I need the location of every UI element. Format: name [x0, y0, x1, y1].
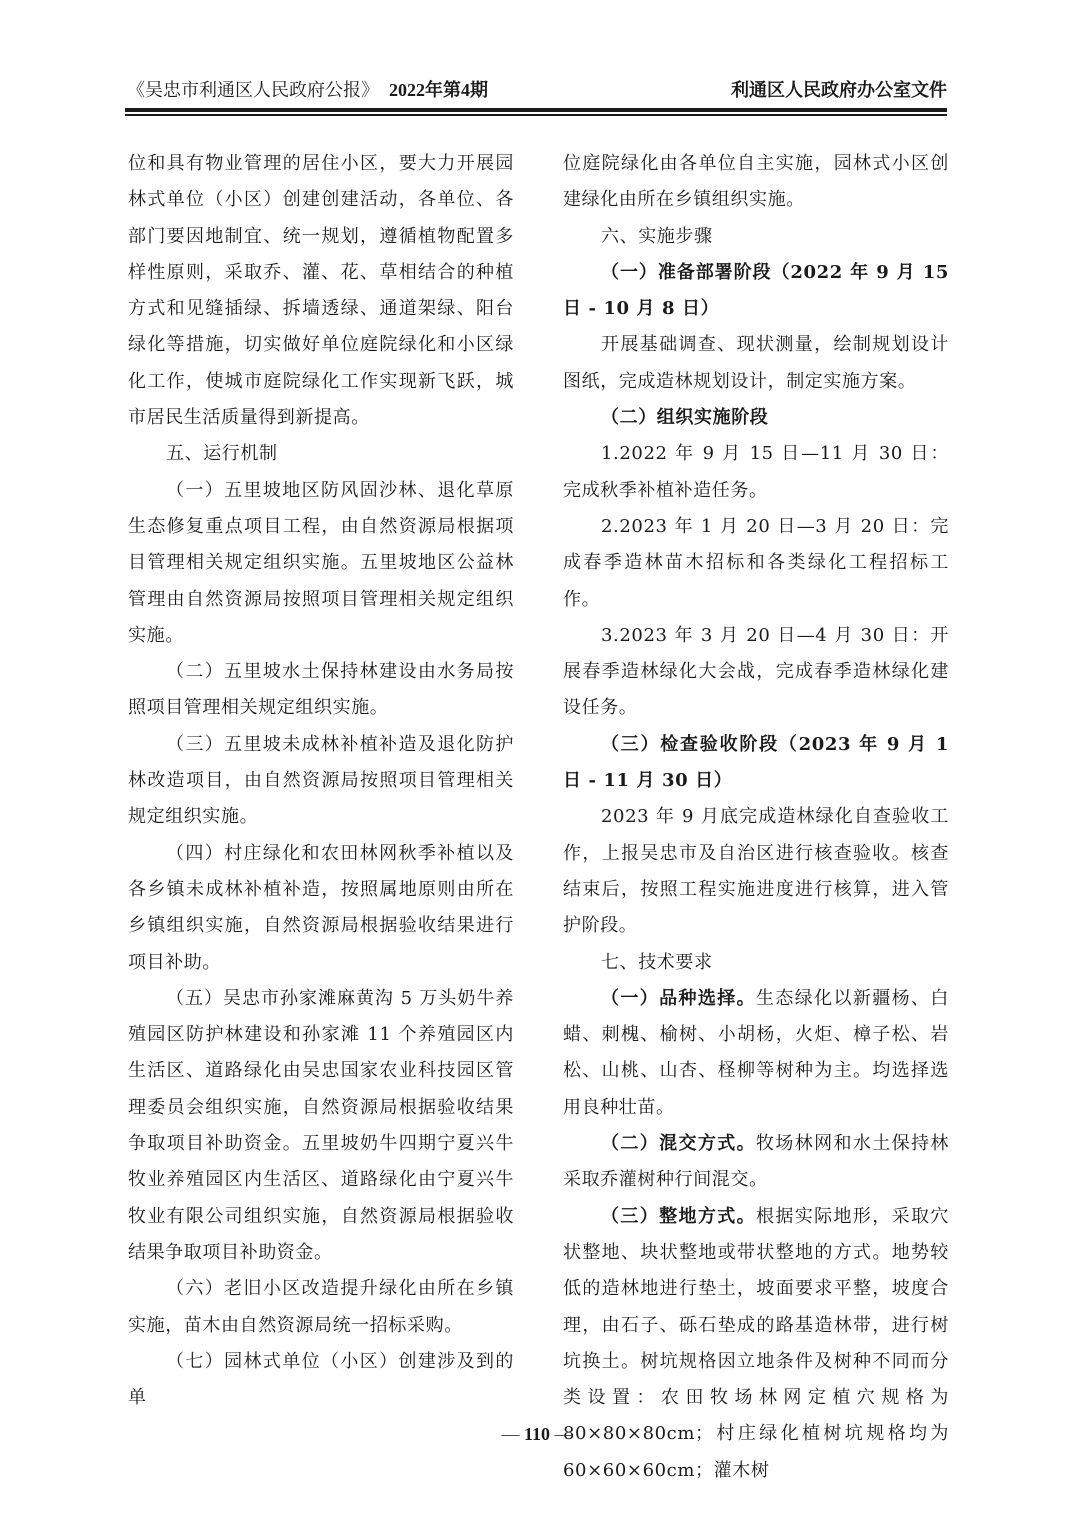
paragraph: （一）五里坡地区防风固沙林、退化草原生态修复重点项目工程，由自然资源局根据项目管…	[128, 473, 514, 654]
paragraph: 1.2022 年 9 月 15 日—11 月 30 日：完成秋季补植补造任务。	[563, 436, 949, 509]
running-header: 《吴忠市利通区人民政府公报》2022年第4期 利通区人民政府办公室文件	[127, 76, 947, 104]
header-rule-thin	[125, 114, 947, 116]
page-number: 110	[524, 1424, 550, 1444]
footer-dash-left: —	[501, 1424, 519, 1444]
paragraph: （三）整地方式。根据实际地形，采取穴状整地、块状整地或带状整地的方式。地势较低的…	[563, 1199, 949, 1489]
right-column: 位庭院绿化由各单位自主实施，园林式小区创建绿化由所在乡镇组织实施。 六、实施步骤…	[563, 146, 949, 1489]
subsection-heading: （一）准备部署阶段（2022 年 9 月 15 日 - 10 月 8 日）	[563, 255, 949, 328]
header-rule-thick	[125, 108, 947, 112]
footer-dash-right: —	[555, 1424, 573, 1444]
paragraph: 开展基础调查、现状测量，绘制规划设计图纸，完成造林规划设计，制定实施方案。	[563, 327, 949, 400]
paragraph: （二）五里坡水土保持林建设由水务局按照项目管理相关规定组织实施。	[128, 654, 514, 727]
publication-title: 《吴忠市利通区人民政府公报》	[127, 80, 379, 101]
section-heading: 五、运行机制	[128, 436, 514, 472]
page-footer: — 110 —	[0, 1424, 1074, 1445]
paragraph: （三）五里坡未成林补植补造及退化防护林改造项目，由自然资源局按照项目管理相关规定…	[128, 727, 514, 836]
paragraph: 位庭院绿化由各单位自主实施，园林式小区创建绿化由所在乡镇组织实施。	[563, 146, 949, 219]
lead-in-bold: （二）混交方式。	[601, 1133, 756, 1154]
paragraph: 2.2023 年 1 月 20 日—3 月 20 日：完成春季造林苗木招标和各类…	[563, 509, 949, 618]
issue-number: 2022年第4期	[389, 80, 488, 100]
section-heading: 七、技术要求	[563, 945, 949, 981]
section-heading: 六、实施步骤	[563, 219, 949, 255]
left-column: 位和具有物业管理的居住小区，要大力开展园林式单位（小区）创建创建活动，各单位、各…	[128, 146, 514, 1416]
subsection-heading: （二）组织实施阶段	[563, 400, 949, 436]
paragraph: （四）村庄绿化和农田林网秋季补植以及各乡镇未成林补植补造，按照属地原则由所在乡镇…	[128, 836, 514, 981]
lead-in-bold: （一）品种选择。	[601, 988, 756, 1009]
subsection-heading: （三）检查验收阶段（2023 年 9 月 1 日 - 11 月 30 日）	[563, 727, 949, 800]
paragraph: 3.2023 年 3 月 20 日—4 月 30 日：开展春季造林绿化大会战，完…	[563, 618, 949, 727]
paragraph: 位和具有物业管理的居住小区，要大力开展园林式单位（小区）创建创建活动，各单位、各…	[128, 146, 514, 436]
header-publication: 《吴忠市利通区人民政府公报》2022年第4期	[127, 76, 488, 102]
paragraph: （一）品种选择。生态绿化以新疆杨、白蜡、刺槐、榆树、小胡杨，火炬、樟子松、岩松、…	[563, 981, 949, 1126]
lead-in-bold: （三）整地方式。	[601, 1206, 756, 1227]
paragraph: （七）园林式单位（小区）创建涉及到的单	[128, 1344, 514, 1417]
header-section: 利通区人民政府办公室文件	[731, 76, 947, 102]
paragraph: （五）吴忠市孙家滩麻黄沟 5 万头奶牛养殖园区防护林建设和孙家滩 11 个养殖园…	[128, 981, 514, 1271]
paragraph: 2023 年 9 月底完成造林绿化自查验收工作，上报吴忠市及自治区进行核查验收。…	[563, 799, 949, 944]
paragraph: （二）混交方式。牧场林网和水土保持林采取乔灌树种行间混交。	[563, 1126, 949, 1199]
paragraph: （六）老旧小区改造提升绿化由所在乡镇实施，苗木由自然资源局统一招标采购。	[128, 1271, 514, 1344]
